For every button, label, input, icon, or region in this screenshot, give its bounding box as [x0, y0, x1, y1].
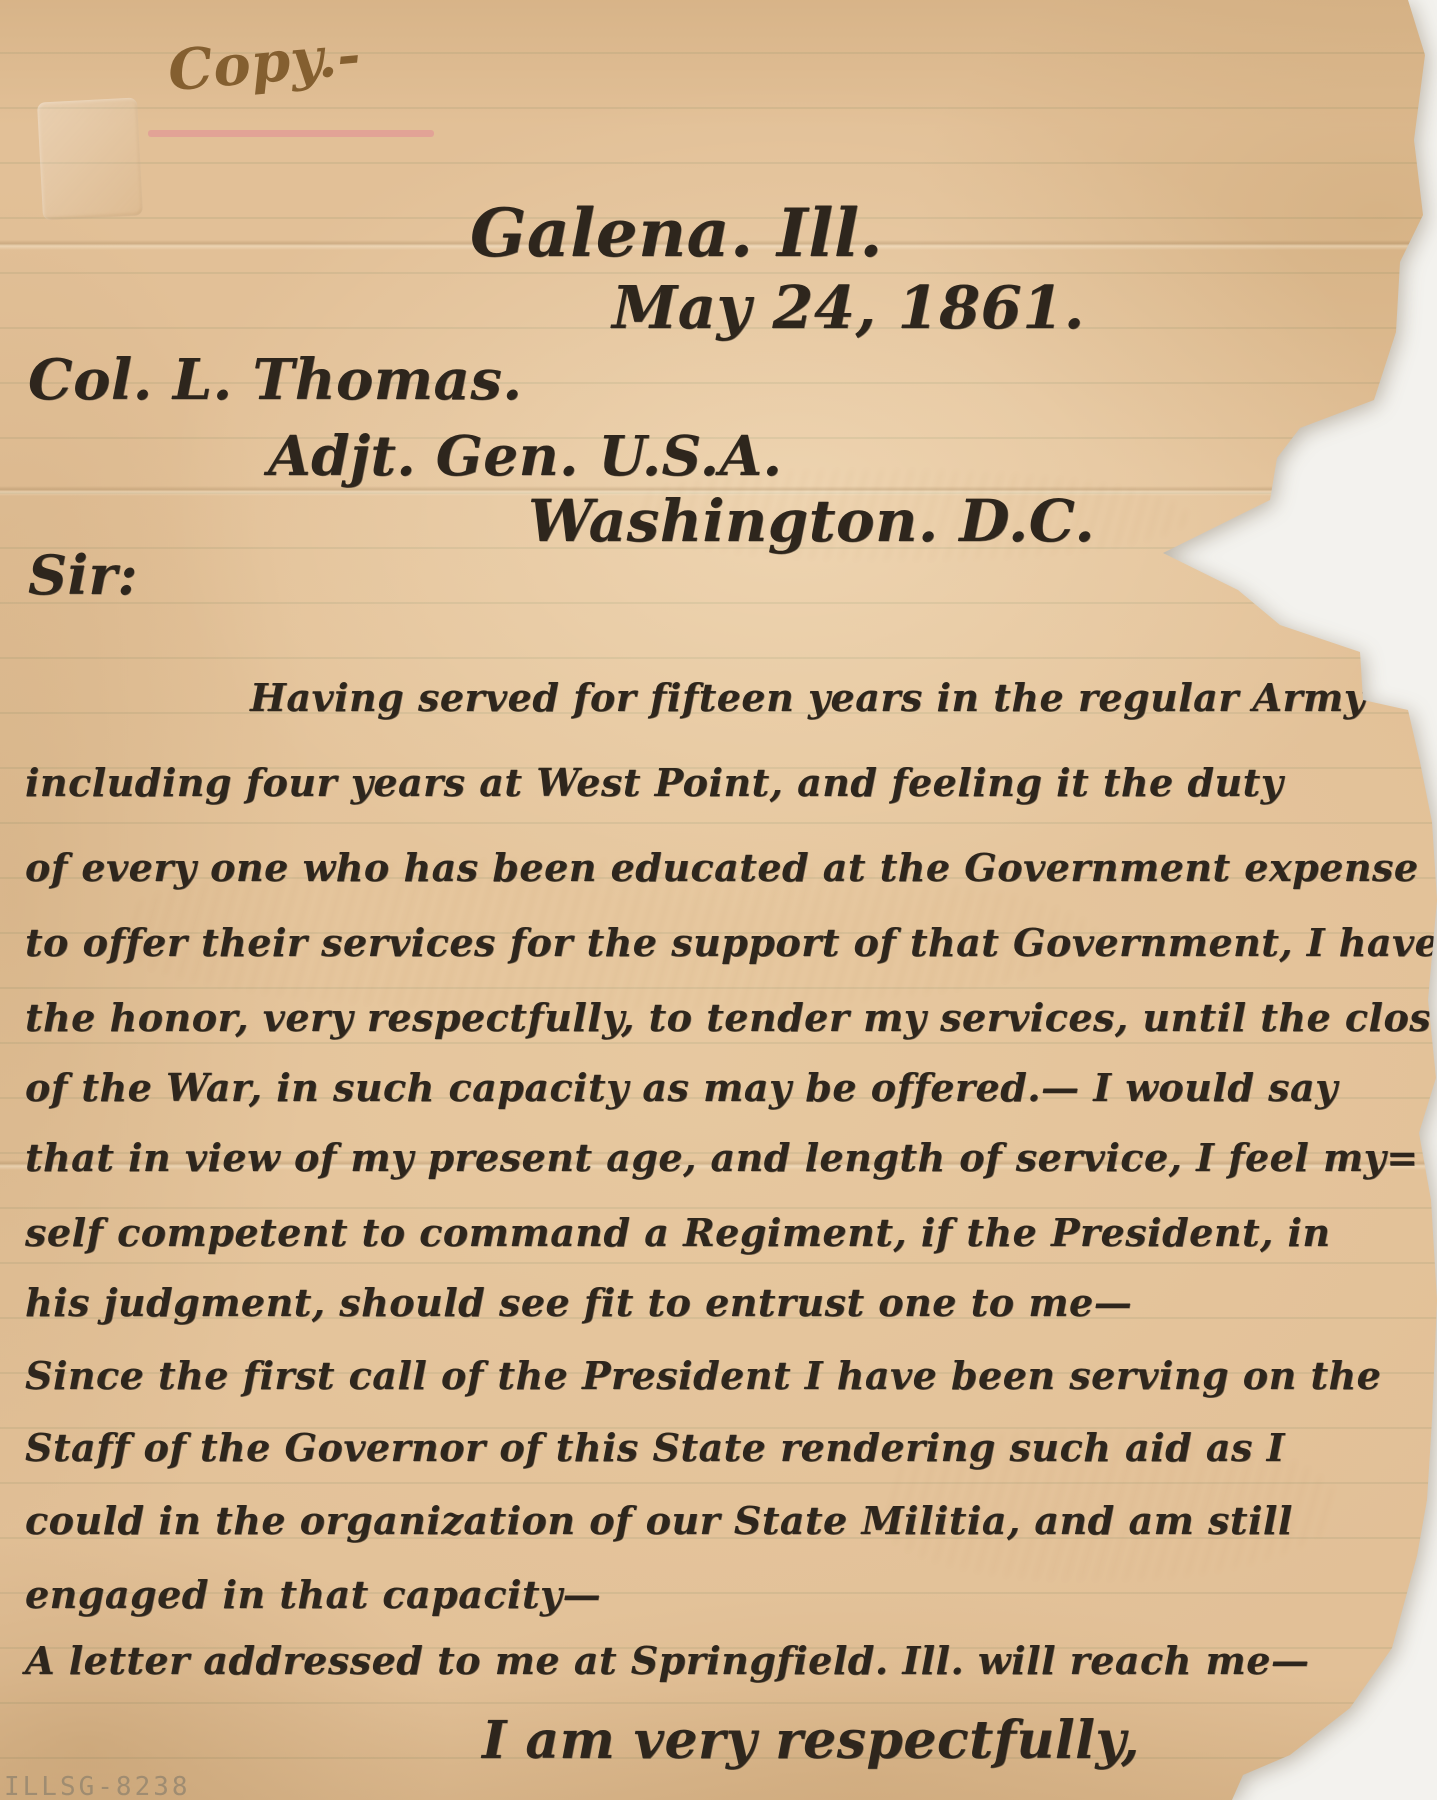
body-line: Since the first call of the President I …: [25, 1357, 1381, 1395]
body-line: to offer their services for the support …: [25, 924, 1437, 962]
recipient-city: Washington. D.C.: [528, 492, 1095, 550]
letter-date: May 24, 1861.: [612, 278, 1085, 337]
body-line: Staff of the Governor of this State rend…: [25, 1429, 1285, 1467]
body-line: Having served for fifteen years in the r…: [250, 679, 1366, 717]
closing-line: I am very respectfully,: [482, 1715, 1140, 1767]
body-line: including four years at West Point, and …: [25, 764, 1283, 802]
catalog-number: ILLSG-8238: [4, 1772, 191, 1800]
letter-place: Galena. Ill.: [470, 200, 883, 266]
body-line: A letter addressed to me at Springfield.…: [25, 1642, 1309, 1680]
body-line: his judgment, should see fit to entrust …: [25, 1284, 1132, 1322]
body-line: of the War, in such capacity as may be o…: [25, 1069, 1338, 1107]
body-line: of every one who has been educated at th…: [25, 849, 1419, 887]
copy-annotation: Copy.-: [166, 27, 363, 100]
paper-shadow-wrap: Copy.- Galena. Ill. May 24, 1861. Col. L…: [0, 0, 1437, 1800]
body-line: self competent to command a Regiment, if…: [25, 1214, 1331, 1252]
body-line: could in the organization of our State M…: [25, 1502, 1293, 1540]
letter-paper-torn-sheet: Copy.- Galena. Ill. May 24, 1861. Col. L…: [0, 0, 1437, 1800]
recipient-title: Adjt. Gen. U.S.A.: [268, 428, 782, 483]
body-line: the honor, very respectfully, to tender …: [25, 999, 1437, 1037]
body-line: engaged in that capacity—: [25, 1576, 601, 1614]
salutation: Sir:: [28, 548, 138, 602]
copy-underline: [148, 130, 434, 137]
embossed-stationer-stamp-icon: [37, 97, 143, 220]
body-line: that in view of my present age, and leng…: [25, 1139, 1419, 1177]
scanned-letter-page: Copy.- Galena. Ill. May 24, 1861. Col. L…: [0, 0, 1437, 1800]
recipient-name: Col. L. Thomas.: [28, 352, 522, 408]
